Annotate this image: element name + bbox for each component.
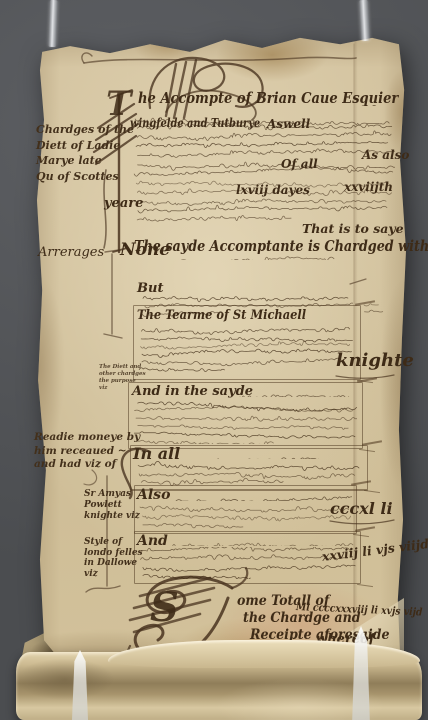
script-text-block: [222, 388, 356, 397]
script-text-block: [360, 300, 384, 314]
margin-note-chardges: Chardges of the Diett of Ladie Marye lat…: [36, 122, 134, 184]
summary-initial: S: [150, 584, 179, 631]
margin-arrerages: Arrerages: [38, 245, 104, 260]
amount-total: Ml ccccxxxviij li xvjs vijd: [296, 601, 428, 613]
script-text-block: [166, 536, 356, 546]
amount-also-sum: cccxl li: [330, 499, 393, 518]
script-text-block: [188, 449, 362, 459]
script-text-block: [167, 284, 353, 294]
word-places: wingfelde and Tutburye: [130, 116, 289, 130]
script-text-block: [137, 461, 361, 486]
script-text-block: [138, 502, 351, 529]
margin-note-readie-money: Readie moneye by him receaued ~ and had …: [34, 431, 140, 472]
script-text-block: [178, 250, 340, 260]
margin-note-diett-small: The Diett and other chardges the purpose…: [99, 364, 146, 392]
script-text-block: [314, 312, 356, 321]
margin-note-dallowe: Style of londo felles in Dallowe viz: [84, 537, 143, 579]
word-aswell: Aswell: [267, 117, 310, 131]
margin-note-powlett: Sr Amyas Powlett knighte viz: [84, 489, 140, 522]
script-text-block: [133, 114, 395, 224]
heading-tearme: The Tearme of St Michaell: [137, 308, 329, 323]
script-text-block: [133, 399, 357, 444]
script-text-block: [350, 96, 394, 106]
word-dayes: lxviij dayes: [236, 183, 310, 197]
script-text-block: [174, 491, 352, 501]
rolled-parchment-lip: [108, 640, 420, 668]
word-none: None: [120, 240, 170, 260]
title-initial: T: [106, 84, 131, 124]
mounting-strip-left: [48, 0, 58, 47]
photograph-of-parchment-account-roll: { "colors": { "background": "#535559", "…: [0, 0, 428, 720]
word-that-is-to-saye: That is to saye: [302, 221, 404, 236]
script-text-block: [138, 327, 354, 373]
word-of-all: Of all: [281, 157, 318, 171]
margin-amount-word: knighte: [336, 350, 414, 371]
word-also: Also: [137, 487, 170, 503]
word-yeare: yeare: [104, 196, 143, 211]
word-asalso: As also: [362, 148, 409, 162]
word-regnal-year: xxviijth: [344, 180, 393, 194]
